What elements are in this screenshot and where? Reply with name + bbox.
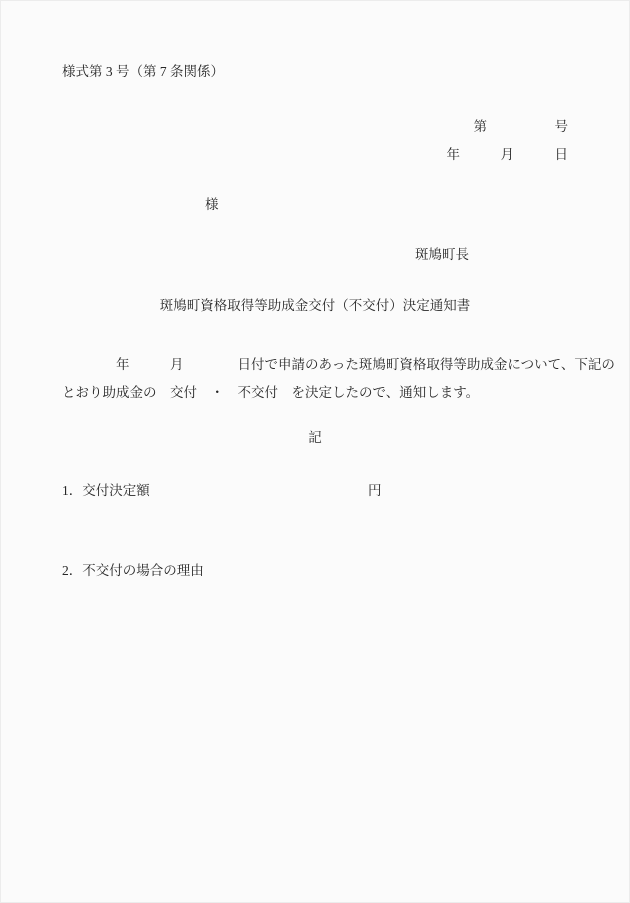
- document-page: 様式第 3 号（第 7 条関係） 第 号 年 月 日 様 斑鳩町長 斑鳩町資格取…: [0, 0, 630, 903]
- document-title: 斑鳩町資格取得等助成金交付（不交付）決定通知書: [0, 298, 630, 314]
- form-number: 様式第 3 号（第 7 条関係）: [62, 64, 224, 80]
- item-2-label: 2．不交付の場合の理由: [62, 563, 204, 579]
- item-1-unit-yen: 円: [368, 483, 382, 499]
- addressee-suffix: 様: [205, 197, 219, 213]
- date-line: 年 月 日: [447, 147, 569, 163]
- sender-name: 斑鳩町長: [415, 247, 469, 263]
- body-paragraph-line-2: とおり助成金の 交付 ・ 不交付 を決定したので、通知します。: [62, 385, 479, 401]
- item-1-label: 1．交付決定額: [62, 483, 150, 499]
- document-number-line: 第 号: [474, 119, 569, 135]
- body-paragraph-line-1: 年 月 日付で申請のあった斑鳩町資格取得等助成金について、下記の: [62, 357, 615, 373]
- record-marker: 記: [0, 430, 630, 446]
